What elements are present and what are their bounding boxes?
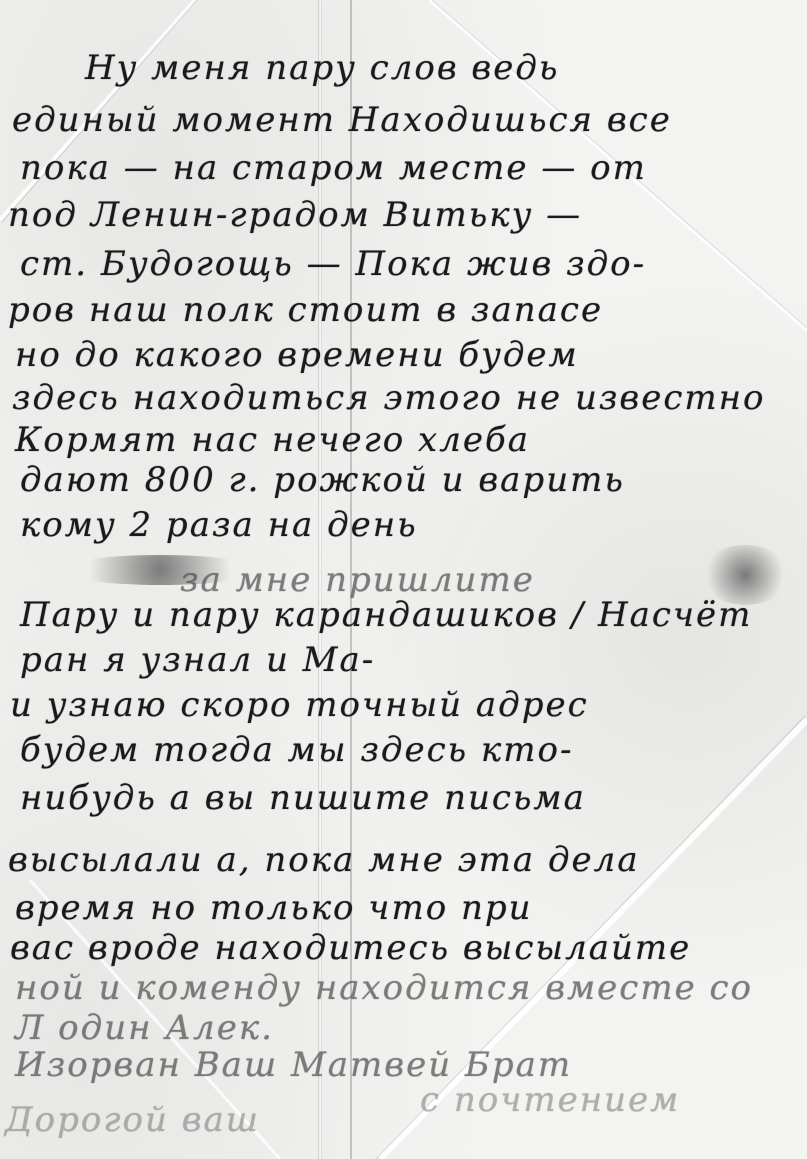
letter-line: и узнаю скоро точный адрес <box>10 685 589 725</box>
letter-line: высылали а, пока мне эта дела <box>8 840 640 880</box>
letter-line: ров наш полк стоит в запасе <box>8 290 603 330</box>
letter-line: нибудь а вы пишите письма <box>20 778 586 818</box>
letter-line: единый момент Находишься все <box>12 100 672 140</box>
letter-line: пока — на старом месте — от <box>20 148 647 188</box>
letter-line: дают 800 г. рожкой и варить <box>20 460 625 500</box>
letter-line: Кормят нас нечего хлеба <box>15 420 530 460</box>
letter-line: с почтением <box>420 1080 680 1120</box>
letter-line: ран я узнал и Ма- <box>20 640 375 680</box>
letter-page: Ну меня пару слов ведь единый момент Нах… <box>0 0 807 1159</box>
letter-line: под Ленин-градом Витьку — <box>8 195 582 235</box>
letter-line: Изорван Ваш Матвей Брат <box>15 1045 572 1085</box>
letter-line: но до какого времени будем <box>15 335 579 375</box>
letter-line: Л один Алек. <box>15 1008 274 1048</box>
letter-line: Ну меня пару слов ведь <box>85 48 559 88</box>
letter-line: время но только что при <box>15 888 533 928</box>
letter-line: за мне пришлите <box>180 560 535 600</box>
letter-line: Дорогой ваш <box>5 1100 260 1140</box>
letter-line: ной и коменду находится вместе со <box>15 968 753 1008</box>
letter-line: ст. Будогощь — Пока жив здо- <box>20 244 646 284</box>
letter-line: Пару и пару карандашиков / Насчёт <box>20 595 752 635</box>
letter-line: будем тогда мы здесь кто- <box>20 730 573 770</box>
letter-line: вас вроде находитесь высылайте <box>10 928 691 968</box>
letter-line: здесь находиться этого не известно <box>12 378 765 418</box>
letter-line: кому 2 раза на день <box>20 505 418 545</box>
